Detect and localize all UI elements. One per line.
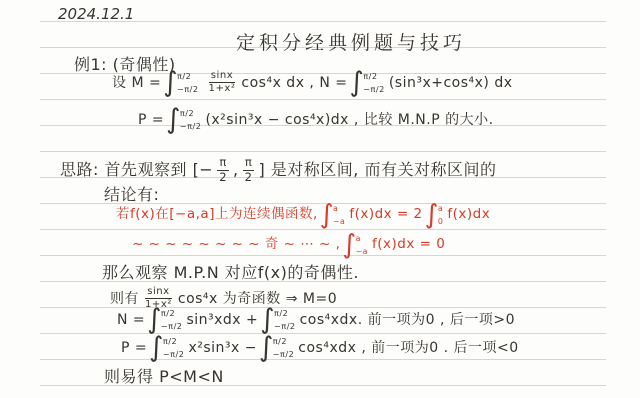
integral-bounds: π/2−π/2: [363, 72, 385, 93]
text-run: 设 M =: [112, 75, 161, 91]
lower-bound: −a: [356, 248, 368, 256]
text-run: cos⁴xdx , 前一项为0 . 后一项<0: [298, 340, 518, 356]
integral-bounds: π/2−π/2: [274, 309, 296, 330]
integral-sign-icon: ∫: [342, 234, 356, 256]
integral-sign-icon: ∫: [149, 336, 164, 359]
text-run: cos⁴x dx , N =: [241, 75, 347, 91]
integral: ∫π/2−π/2: [260, 308, 297, 331]
lower-bound: −π/2: [163, 350, 185, 358]
integral-sign-icon: ∫: [260, 308, 275, 331]
lower-bound: −a: [333, 218, 345, 226]
integral-bounds: π/2−π/2: [177, 72, 199, 93]
text-run: P =: [138, 112, 164, 128]
n-result-line: N = ∫π/2−π/2sin³xdx + ∫π/2−π/2cos⁴xdx. 前…: [117, 308, 515, 331]
lower-bound: −π/2: [177, 85, 199, 93]
integral-bounds: a−a: [333, 205, 345, 225]
fraction: π2: [243, 156, 255, 185]
idea-line-2: 结论有:: [104, 186, 159, 204]
text-run: 若f(x)在[−a,a]上为连续偶函数,: [116, 207, 318, 223]
upper-bound: a: [356, 235, 368, 243]
text-run: (x²sin³x − cos⁴x)dx , 比较 M.N.P 的大小.: [205, 112, 493, 128]
upper-bound: a: [438, 205, 443, 213]
text-run: P =: [121, 340, 147, 356]
ruled-line: [40, 333, 606, 334]
integral-bounds: π/2−π/2: [273, 337, 295, 358]
numerator: sinx: [145, 286, 171, 299]
integral: ∫π/2−π/2: [163, 71, 200, 94]
denominator: 1+x²: [207, 83, 238, 95]
integral-sign-icon: ∫: [425, 204, 439, 226]
integral: ∫a−a: [342, 234, 370, 256]
numerator: π: [217, 156, 228, 171]
upper-bound: π/2: [274, 309, 296, 317]
lower-bound: −π/2: [274, 322, 296, 330]
idea-line-1: 思路: 首先观察到 [−π2, π2] 是对称区间, 而有关对称区间的: [60, 156, 496, 185]
integral-sign-icon: ∫: [166, 108, 181, 131]
text-run: 那么观察 M.P.N 对应f(x)的奇偶性.: [102, 264, 359, 282]
lower-bound: −π/2: [161, 322, 183, 330]
lower-bound: −π/2: [363, 85, 385, 93]
integral: ∫a−a: [320, 204, 348, 226]
text-run: 则有: [110, 291, 139, 307]
conclusion-line: 则易得 P<M<N: [104, 368, 224, 386]
observe-line: 那么观察 M.P.N 对应f(x)的奇偶性.: [102, 264, 359, 282]
upper-bound: π/2: [163, 337, 185, 345]
integral-bounds: a0: [438, 205, 443, 225]
notebook-page: 2024.12.1 定积分经典例题与技巧 例1: (奇偶性)设 M = ∫π/2…: [0, 0, 640, 398]
red-rule-even: 若f(x)在[−a,a]上为连续偶函数, ∫a−af(x)dx = 2∫a0f(…: [116, 204, 490, 226]
fraction: sinx1+x²: [207, 70, 238, 95]
page-title: 定积分经典例题与技巧: [236, 28, 466, 55]
text-run: 结论有:: [104, 186, 159, 204]
text-run: (sin³x+cos⁴x) dx: [389, 75, 513, 91]
integral: ∫π/2−π/2: [147, 308, 184, 331]
text-run: x²sin³x −: [188, 340, 257, 356]
integral-bounds: π/2−π/2: [163, 337, 185, 358]
ruled-line: [40, 99, 606, 100]
text-run: ] 是对称区间, 而有关对称区间的: [258, 161, 496, 179]
integral-bounds: a−a: [356, 235, 368, 255]
red-rule-odd: ~ ~ ~ ~ ~ ~ ~ ~ 奇 ~ ⋯ ~ , ∫a−af(x)dx = 0: [132, 234, 445, 256]
upper-bound: π/2: [161, 309, 183, 317]
text-run: N =: [117, 312, 145, 328]
text-run: f(x)dx = 2: [349, 207, 422, 223]
text-run: ,: [233, 161, 239, 179]
formula-p: P = ∫π/2−π/2(x²sin³x − cos⁴x)dx , 比较 M.N…: [138, 108, 494, 131]
integral-bounds: π/2−π/2: [161, 309, 183, 330]
upper-bound: a: [333, 205, 345, 213]
text-run: 则易得 P<M<N: [104, 368, 224, 386]
text-run: sin³xdx +: [186, 312, 258, 328]
integral: ∫a0: [425, 204, 446, 226]
text-run: ~ ~ ~ ~ ~ ~ ~ ~ 奇 ~ ⋯ ~ ,: [132, 237, 340, 253]
integral: ∫π/2−π/2: [149, 336, 186, 359]
upper-bound: π/2: [363, 72, 385, 80]
text-run: 思路: 首先观察到 [−: [60, 161, 213, 179]
denominator: 2: [217, 171, 229, 185]
integral-bounds: π/2−π/2: [180, 109, 202, 130]
upper-bound: π/2: [273, 337, 295, 345]
text-run: f(x)dx = 0: [372, 237, 445, 253]
integral: ∫π/2−π/2: [350, 71, 387, 94]
numerator: π: [243, 156, 254, 171]
lower-bound: −π/2: [273, 350, 295, 358]
integral: ∫π/2−π/2: [166, 108, 203, 131]
denominator: 2: [243, 171, 255, 185]
integral-sign-icon: ∫: [259, 336, 274, 359]
formula-m-n: 设 M = ∫π/2−π/2sinx1+x²cos⁴x dx , N = ∫π/…: [112, 70, 513, 95]
integral-sign-icon: ∫: [350, 71, 365, 94]
numerator: sinx: [209, 70, 235, 83]
integral: ∫π/2−π/2: [259, 336, 296, 359]
upper-bound: π/2: [180, 109, 202, 117]
text-run: cos⁴x 为奇函数 ⇒ M=0: [178, 291, 337, 307]
integral-sign-icon: ∫: [163, 71, 178, 94]
upper-bound: π/2: [177, 72, 199, 80]
fraction: π2: [217, 156, 229, 185]
text-run: f(x)dx: [447, 207, 490, 223]
ruled-line: [40, 151, 606, 152]
integral-sign-icon: ∫: [320, 204, 334, 226]
text-run: cos⁴xdx. 前一项为0 , 后一项>0: [300, 312, 515, 328]
p-result-line: P = ∫π/2−π/2x²sin³x − ∫π/2−π/2cos⁴xdx , …: [121, 336, 519, 359]
integral-sign-icon: ∫: [147, 308, 162, 331]
lower-bound: 0: [438, 218, 443, 226]
lower-bound: −π/2: [180, 122, 202, 130]
note-date: 2024.12.1: [58, 5, 134, 23]
